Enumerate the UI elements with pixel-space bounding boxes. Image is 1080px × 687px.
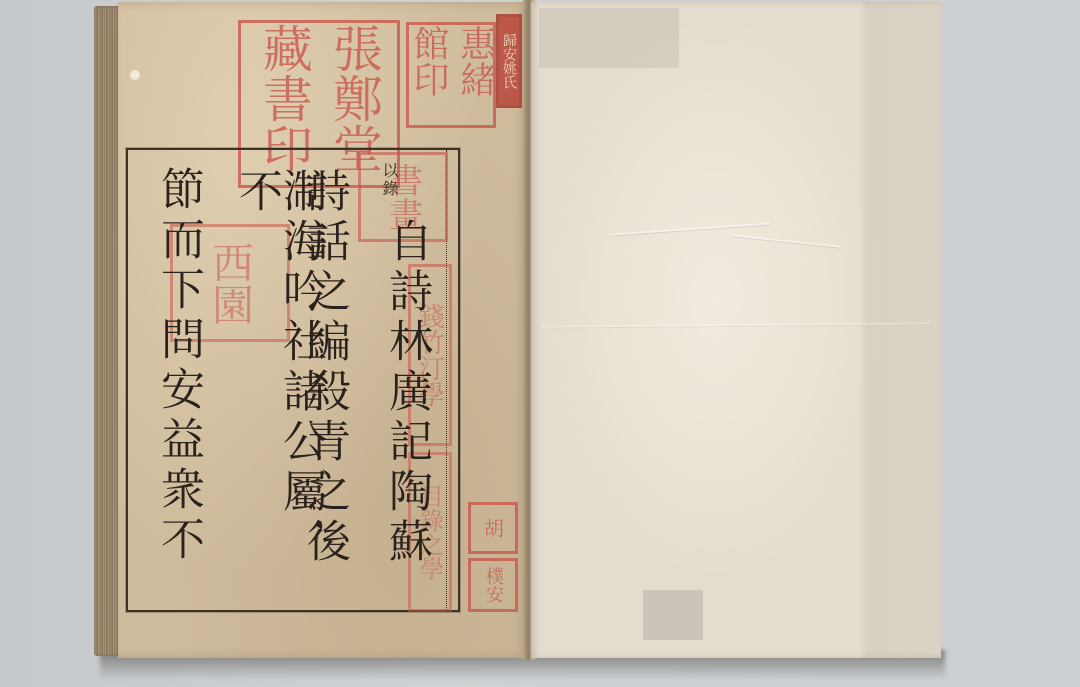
text-column-4: 節而下問安益衆不 <box>156 166 200 566</box>
text-column-3: 淛海吟社諸公屬，不 <box>234 168 322 608</box>
collector-seal-strip: 歸安姚氏 <box>496 14 522 108</box>
paper-crease <box>541 322 931 328</box>
collector-seal-square: 惠緒館印 <box>406 22 496 128</box>
paper-repair-patch <box>539 8 679 68</box>
paper-crease <box>731 234 841 248</box>
right-page-blank <box>531 2 941 658</box>
collector-seal-small-2: 樸安 <box>468 558 518 612</box>
paper-wear-spot <box>130 70 140 80</box>
paper-crease <box>611 222 771 236</box>
paper-repair-patch <box>643 590 703 640</box>
seal-text: 惠緒館印 <box>404 25 498 125</box>
left-page: 張鄭堂藏書印 惠緒館印 歸安姚氏 書畫 西園 錢竹汀學 目錄之學 胡 樸安 以錄… <box>118 2 528 658</box>
seal-text: 歸安姚氏 <box>499 33 519 89</box>
seal-text: 樸安 <box>480 567 506 603</box>
collector-seal-small-1: 胡 <box>468 502 518 554</box>
preface-text-block: 以錄 自詩林廣記陶蘇 詩話之編殺青之後 淛海吟社諸公屬，不 節而下問安益衆不 <box>126 148 456 608</box>
seal-text: 胡 <box>479 518 508 538</box>
marginal-annotation: 以錄 <box>378 162 401 198</box>
text-column-1: 自詩林廣記陶蘇 <box>384 218 428 568</box>
